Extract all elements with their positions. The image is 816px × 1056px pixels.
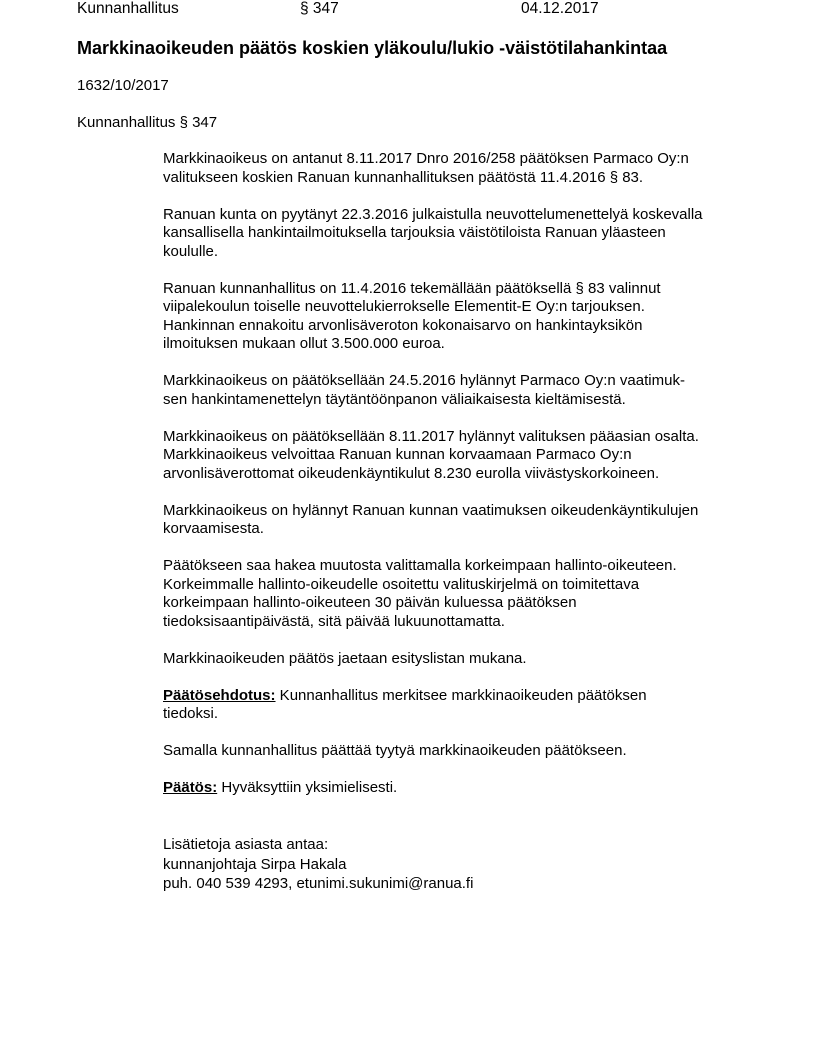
- document-body: Markkinaoikeus on antanut 8.11.2017 Dnro…: [163, 150, 753, 798]
- decision-paragraph: Päätös: Hyväksyttiin yksimielisesti.: [163, 779, 753, 798]
- additional-paragraph: Samalla kunnanhallitus päättää tyytyä ma…: [163, 742, 753, 761]
- section-reference: Kunnanhallitus § 347: [77, 114, 217, 132]
- paragraph: Markkinaoikeus on antanut 8.11.2017 Dnro…: [163, 150, 753, 187]
- contact-details: puh. 040 539 4293, etunimi.sukunimi@ranu…: [163, 874, 473, 894]
- proposal-label: Päätösehdotus:: [163, 687, 276, 704]
- document-number: 1632/10/2017: [77, 77, 169, 95]
- paragraph: Ranuan kunnanhallitus on 11.4.2016 tekem…: [163, 280, 753, 354]
- contact-person: kunnanjohtaja Sirpa Hakala: [163, 855, 473, 875]
- header-body-name: Kunnanhallitus: [77, 0, 179, 18]
- paragraph: Päätökseen saa hakea muutosta valittamal…: [163, 557, 753, 631]
- paragraph: Markkinaoikeus on päätöksellään 8.11.201…: [163, 428, 753, 484]
- header-date: 04.12.2017: [521, 0, 599, 18]
- decision-text: Hyväksyttiin yksimielisesti.: [217, 779, 397, 796]
- paragraph: Ranuan kunta on pyytänyt 22.3.2016 julka…: [163, 206, 753, 262]
- decision-label: Päätös:: [163, 779, 217, 796]
- page-title: Markkinaoikeuden päätös koskien yläkoulu…: [77, 37, 667, 59]
- contact-intro: Lisätietoja asiasta antaa:: [163, 835, 473, 855]
- header-section: § 347: [300, 0, 339, 18]
- paragraph: Markkinaoikeus on hylännyt Ranuan kunnan…: [163, 502, 753, 539]
- contact-info: Lisätietoja asiasta antaa: kunnanjohtaja…: [163, 835, 473, 894]
- proposal-paragraph: Päätösehdotus: Kunnanhallitus merkitsee …: [163, 687, 753, 724]
- paragraph: Markkinaoikeus on päätöksellään 24.5.201…: [163, 372, 753, 409]
- paragraph: Markkinaoikeuden päätös jaetaan esitysli…: [163, 650, 753, 669]
